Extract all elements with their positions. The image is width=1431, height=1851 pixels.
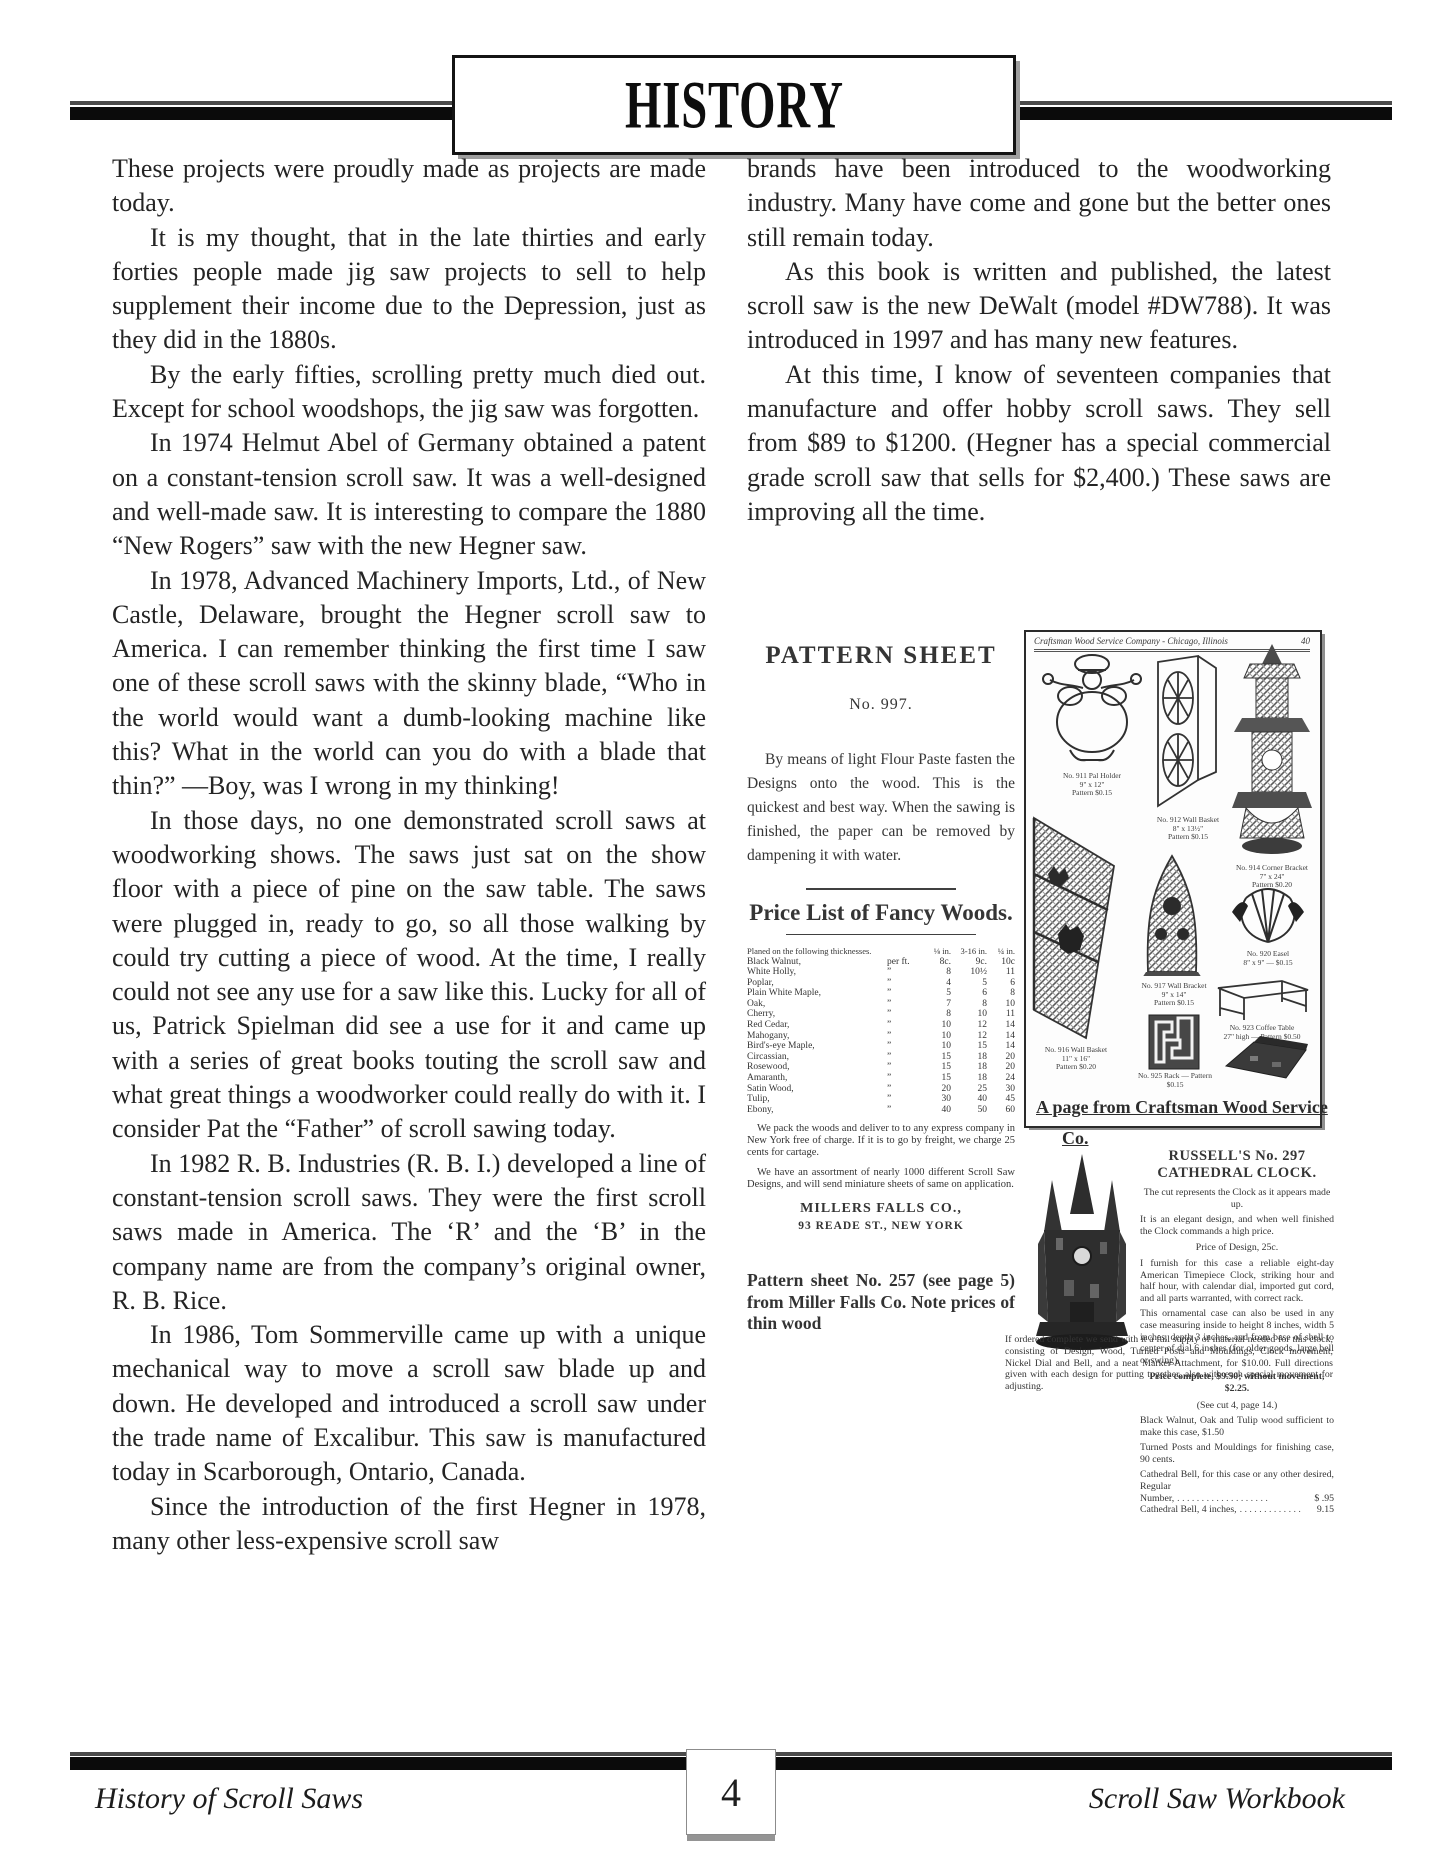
price-quarter: 20 (987, 1052, 1015, 1063)
price-list-row: Poplar, ” 4 5 6 (747, 978, 1015, 989)
shell-bracket-drawing (1228, 884, 1308, 946)
price-eighth: 10 (923, 1041, 951, 1052)
header-rule-right-thick (1008, 107, 1392, 120)
wood-name: Cherry, (747, 1009, 887, 1020)
wood-unit: ” (887, 1020, 923, 1031)
wood-unit: ” (887, 1041, 923, 1052)
price-three-sixteenth: 9c. (951, 957, 987, 968)
wood-name: Amaranth, (747, 1073, 887, 1084)
wood-unit: ” (887, 999, 923, 1010)
pattern-sheet-title: PATTERN SHEET (747, 642, 1015, 670)
craftsman-figure-caption-co: Co. (1062, 1128, 1089, 1149)
price-eighth: 8c. (923, 957, 951, 968)
russell-clock-ad: RUSSELL'S No. 297 CATHEDRAL CLOCK. The c… (1140, 1148, 1334, 1516)
price-col-3: ¼ in. (987, 947, 1015, 957)
craftsman-catalog-figure: Craftsman Wood Service Company - Chicago… (1024, 630, 1322, 1128)
price-list-row: Circassian, ” 15 18 20 (747, 1052, 1015, 1063)
wood-unit: ” (887, 1105, 923, 1116)
price-three-sixteenth: 12 (951, 1020, 987, 1031)
pattern-sheet-ad: PATTERN SHEET No. 997. By means of light… (747, 642, 1015, 1335)
price-list-table: Planed on the following thicknesses. ⅛ i… (747, 947, 1015, 1115)
body-paragraph: In 1982 R. B. Industries (R. B. I.) deve… (112, 1147, 706, 1318)
price-eighth: 7 (923, 999, 951, 1010)
ad-line: It is an elegant design, and when well f… (1140, 1214, 1334, 1237)
wood-unit: ” (887, 1009, 923, 1020)
price-quarter: 14 (987, 1041, 1015, 1052)
item-caption: No. 925 Rack — Pattern $0.15 (1132, 1072, 1218, 1089)
body-paragraph: brands have been introduced to the woodw… (747, 152, 1331, 255)
header-rule-right-thin (1008, 101, 1392, 105)
wood-unit: ” (887, 1084, 923, 1095)
ad-leader-line: Number,. . . . . . . . . . . . . . . . .… (1140, 1493, 1334, 1505)
price-three-sixteenth: 18 (951, 1073, 987, 1084)
wood-name: Circassian, (747, 1052, 887, 1063)
ad-leader-line: Cathedral Bell, 4 inches,. . . . . . . .… (1140, 1504, 1334, 1516)
page-number: 4 (721, 1769, 741, 1816)
price-list-title: Price List of Fancy Woods. (747, 900, 1015, 926)
body-paragraph: As this book is written and published, t… (747, 255, 1331, 358)
wood-name: Black Walnut, (747, 957, 887, 968)
item-caption: No. 916 Wall Basket11" x 16"Pattern $0.2… (1026, 1046, 1126, 1072)
wood-name: Oak, (747, 999, 887, 1010)
price-list-row: Amaranth, ” 15 18 24 (747, 1073, 1015, 1084)
price-col-1: ⅛ in. (923, 947, 951, 957)
wood-name: Tulip, (747, 1094, 887, 1105)
price-list-header: Planed on the following thicknesses. ⅛ i… (747, 947, 1015, 957)
table-drawing (1214, 978, 1312, 1022)
price-quarter: 24 (987, 1073, 1015, 1084)
price-quarter: 10c (987, 957, 1015, 968)
price-three-sixteenth: 15 (951, 1041, 987, 1052)
price-list-row: Black Walnut, per ft. 8c. 9c. 10c (747, 957, 1015, 968)
price-list-row: Rosewood, ” 15 18 20 (747, 1062, 1015, 1073)
body-paragraph: At this time, I know of seventeen compan… (747, 358, 1331, 529)
item-caption: No. 912 Wall Basket8" x 13½"Pattern $0.1… (1138, 816, 1238, 842)
body-paragraph: These projects were proudly made as proj… (112, 152, 706, 221)
wall-pocket-drawing (1152, 654, 1222, 812)
ad-line: Turned Posts and Mouldings for finishing… (1140, 1442, 1334, 1465)
wood-unit: ” (887, 978, 923, 989)
price-three-sixteenth: 12 (951, 1031, 987, 1042)
wood-unit: ” (887, 1062, 923, 1073)
price-list-row: Mahogany, ” 10 12 14 (747, 1031, 1015, 1042)
price-eighth: 15 (923, 1052, 951, 1063)
wood-name: Bird's-eye Maple, (747, 1041, 887, 1052)
price-list-row: Ebony, ” 40 50 60 (747, 1105, 1015, 1116)
body-paragraph: In 1978, Advanced Machinery Imports, Ltd… (112, 564, 706, 804)
ad-headline: RUSSELL'S No. 297 CATHEDRAL CLOCK. (1140, 1148, 1334, 1182)
footer-chapter-title: History of Scroll Saws (95, 1782, 363, 1816)
body-paragraph: In 1986, Tom Sommerville came up with a … (112, 1318, 706, 1489)
wood-name: Satin Wood, (747, 1084, 887, 1095)
price-quarter: 14 (987, 1031, 1015, 1042)
price-list-row: Oak, ” 7 8 10 (747, 999, 1015, 1010)
ad-line: Cathedral Bell, for this case or any oth… (1140, 1469, 1334, 1492)
ad-line: Black Walnut, Oak and Tulip wood suffici… (1140, 1415, 1334, 1438)
item-caption: No. 911 Pal Holder9" x 12"Pattern $0.15 (1034, 772, 1150, 798)
body-paragraph: In 1974 Helmut Abel of Germany obtained … (112, 426, 706, 563)
price-three-sixteenth: 50 (951, 1105, 987, 1116)
body-paragraph: Since the introduction of the first Hegn… (112, 1490, 706, 1559)
ad-see-cut: (See cut 4, page 14.) (1140, 1400, 1334, 1412)
tray-drawing (1220, 1036, 1312, 1082)
price-list-row: Plain White Maple, ” 5 6 8 (747, 988, 1015, 999)
price-eighth: 10 (923, 1031, 951, 1042)
pattern-sheet-number: No. 997. (747, 696, 1015, 714)
lattice-basket-drawing (1028, 814, 1118, 1042)
figure-caption: Pattern sheet No. 257 (see page 5) from … (747, 1270, 1015, 1335)
price-list-row: Tulip, ” 30 40 45 (747, 1094, 1015, 1105)
body-paragraph: In those days, no one demonstrated scrol… (112, 804, 706, 1147)
price-col-2: 3-16 in. (951, 947, 987, 957)
price-eighth: 15 (923, 1062, 951, 1073)
price-eighth: 40 (923, 1105, 951, 1116)
price-eighth: 8 (923, 1009, 951, 1020)
body-paragraph: It is my thought, that in the late thirt… (112, 221, 706, 358)
wood-unit: ” (887, 967, 923, 978)
price-quarter: 10 (987, 999, 1015, 1010)
company-address: 93 READE ST., NEW YORK (747, 1220, 1015, 1232)
wood-name: Mahogany, (747, 1031, 887, 1042)
price-eighth: 10 (923, 1020, 951, 1031)
price-quarter: 8 (987, 988, 1015, 999)
price-quarter: 11 (987, 967, 1015, 978)
item-caption: No. 917 Wall Bracket9" x 14"Pattern $0.1… (1130, 982, 1218, 1008)
price-three-sixteenth: 5 (951, 978, 987, 989)
wood-name: Poplar, (747, 978, 887, 989)
left-text-column: These projects were proudly made as proj… (112, 152, 706, 1558)
cathedral-clock-drawing (1030, 1152, 1134, 1352)
price-eighth: 5 (923, 988, 951, 999)
wood-unit: per ft. (887, 957, 923, 968)
price-list-rows: Black Walnut, per ft. 8c. 9c. 10c White … (747, 957, 1015, 1116)
wood-name: White Holly, (747, 967, 887, 978)
item-caption: No. 920 Easel8" x 9" — $0.15 (1224, 950, 1312, 967)
ad-line: The cut represents the Clock as it appea… (1140, 1187, 1334, 1210)
price-list-header-note: Planed on the following thicknesses. (747, 947, 887, 957)
price-list-row: White Holly, ” 8 10½ 11 (747, 967, 1015, 978)
price-three-sixteenth: 8 (951, 999, 987, 1010)
wood-unit: ” (887, 1052, 923, 1063)
catalog-company: Craftsman Wood Service Company - Chicago… (1034, 636, 1228, 646)
header-rule-left-thin (70, 101, 462, 105)
shipping-note: We pack the woods and deliver to to any … (747, 1123, 1015, 1159)
wood-name: Rosewood, (747, 1062, 887, 1073)
footer-book-title: Scroll Saw Workbook (1089, 1782, 1345, 1816)
gothic-bracket-drawing (1138, 854, 1206, 976)
corner-bracket-drawing (1232, 642, 1312, 858)
chef-figure-drawing (1040, 650, 1144, 768)
price-three-sixteenth: 40 (951, 1094, 987, 1105)
chapter-title: HISTORY (625, 67, 844, 144)
price-quarter: 11 (987, 1009, 1015, 1020)
price-quarter: 45 (987, 1094, 1015, 1105)
wood-unit: ” (887, 1031, 923, 1042)
body-paragraph: By the early fifties, scrolling pretty m… (112, 358, 706, 427)
wood-unit: ” (887, 1094, 923, 1105)
price-three-sixteenth: 10½ (951, 967, 987, 978)
price-list-row: Bird's-eye Maple, ” 10 15 14 (747, 1041, 1015, 1052)
price-eighth: 30 (923, 1094, 951, 1105)
wood-name: Red Cedar, (747, 1020, 887, 1031)
price-eighth: 15 (923, 1073, 951, 1084)
fret-square-drawing (1148, 1014, 1200, 1070)
price-three-sixteenth: 10 (951, 1009, 987, 1020)
price-list-row: Red Cedar, ” 10 12 14 (747, 1020, 1015, 1031)
wood-name: Ebony, (747, 1105, 887, 1116)
price-three-sixteenth: 18 (951, 1052, 987, 1063)
price-quarter: 6 (987, 978, 1015, 989)
price-list-row: Cherry, ” 8 10 11 (747, 1009, 1015, 1020)
wood-unit: ” (887, 1073, 923, 1084)
right-text-column: brands have been introduced to the woodw… (747, 152, 1331, 529)
ad-line: I furnish for this case a reliable eight… (1140, 1258, 1334, 1304)
header-rule-left-thick (70, 107, 462, 120)
price-three-sixteenth: 18 (951, 1062, 987, 1073)
price-list-row: Satin Wood, ” 20 25 30 (747, 1084, 1015, 1095)
chapter-title-box: HISTORY (452, 55, 1016, 155)
divider (786, 934, 976, 935)
craftsman-figure-caption: A page from Craftsman Wood Service (1036, 1097, 1310, 1118)
assortment-note: We have an assortment of nearly 1000 dif… (747, 1167, 1015, 1191)
price-eighth: 8 (923, 967, 951, 978)
divider (806, 888, 956, 890)
price-three-sixteenth: 6 (951, 988, 987, 999)
page-number-box: 4 (686, 1749, 776, 1835)
wood-name: Plain White Maple, (747, 988, 887, 999)
price-eighth: 20 (923, 1084, 951, 1095)
price-quarter: 30 (987, 1084, 1015, 1095)
price-quarter: 20 (987, 1062, 1015, 1073)
price-three-sixteenth: 25 (951, 1084, 987, 1095)
company-name: MILLERS FALLS CO., (747, 1201, 1015, 1217)
wood-unit: ” (887, 988, 923, 999)
russell-ad-bottom-paragraph: If ordered complete we send with it a fu… (1005, 1334, 1333, 1393)
price-eighth: 4 (923, 978, 951, 989)
price-quarter: 60 (987, 1105, 1015, 1116)
price-quarter: 14 (987, 1020, 1015, 1031)
ad-price-of-design: Price of Design, 25c. (1140, 1242, 1334, 1254)
pattern-sheet-intro: By means of light Flour Paste fasten the… (747, 748, 1015, 868)
